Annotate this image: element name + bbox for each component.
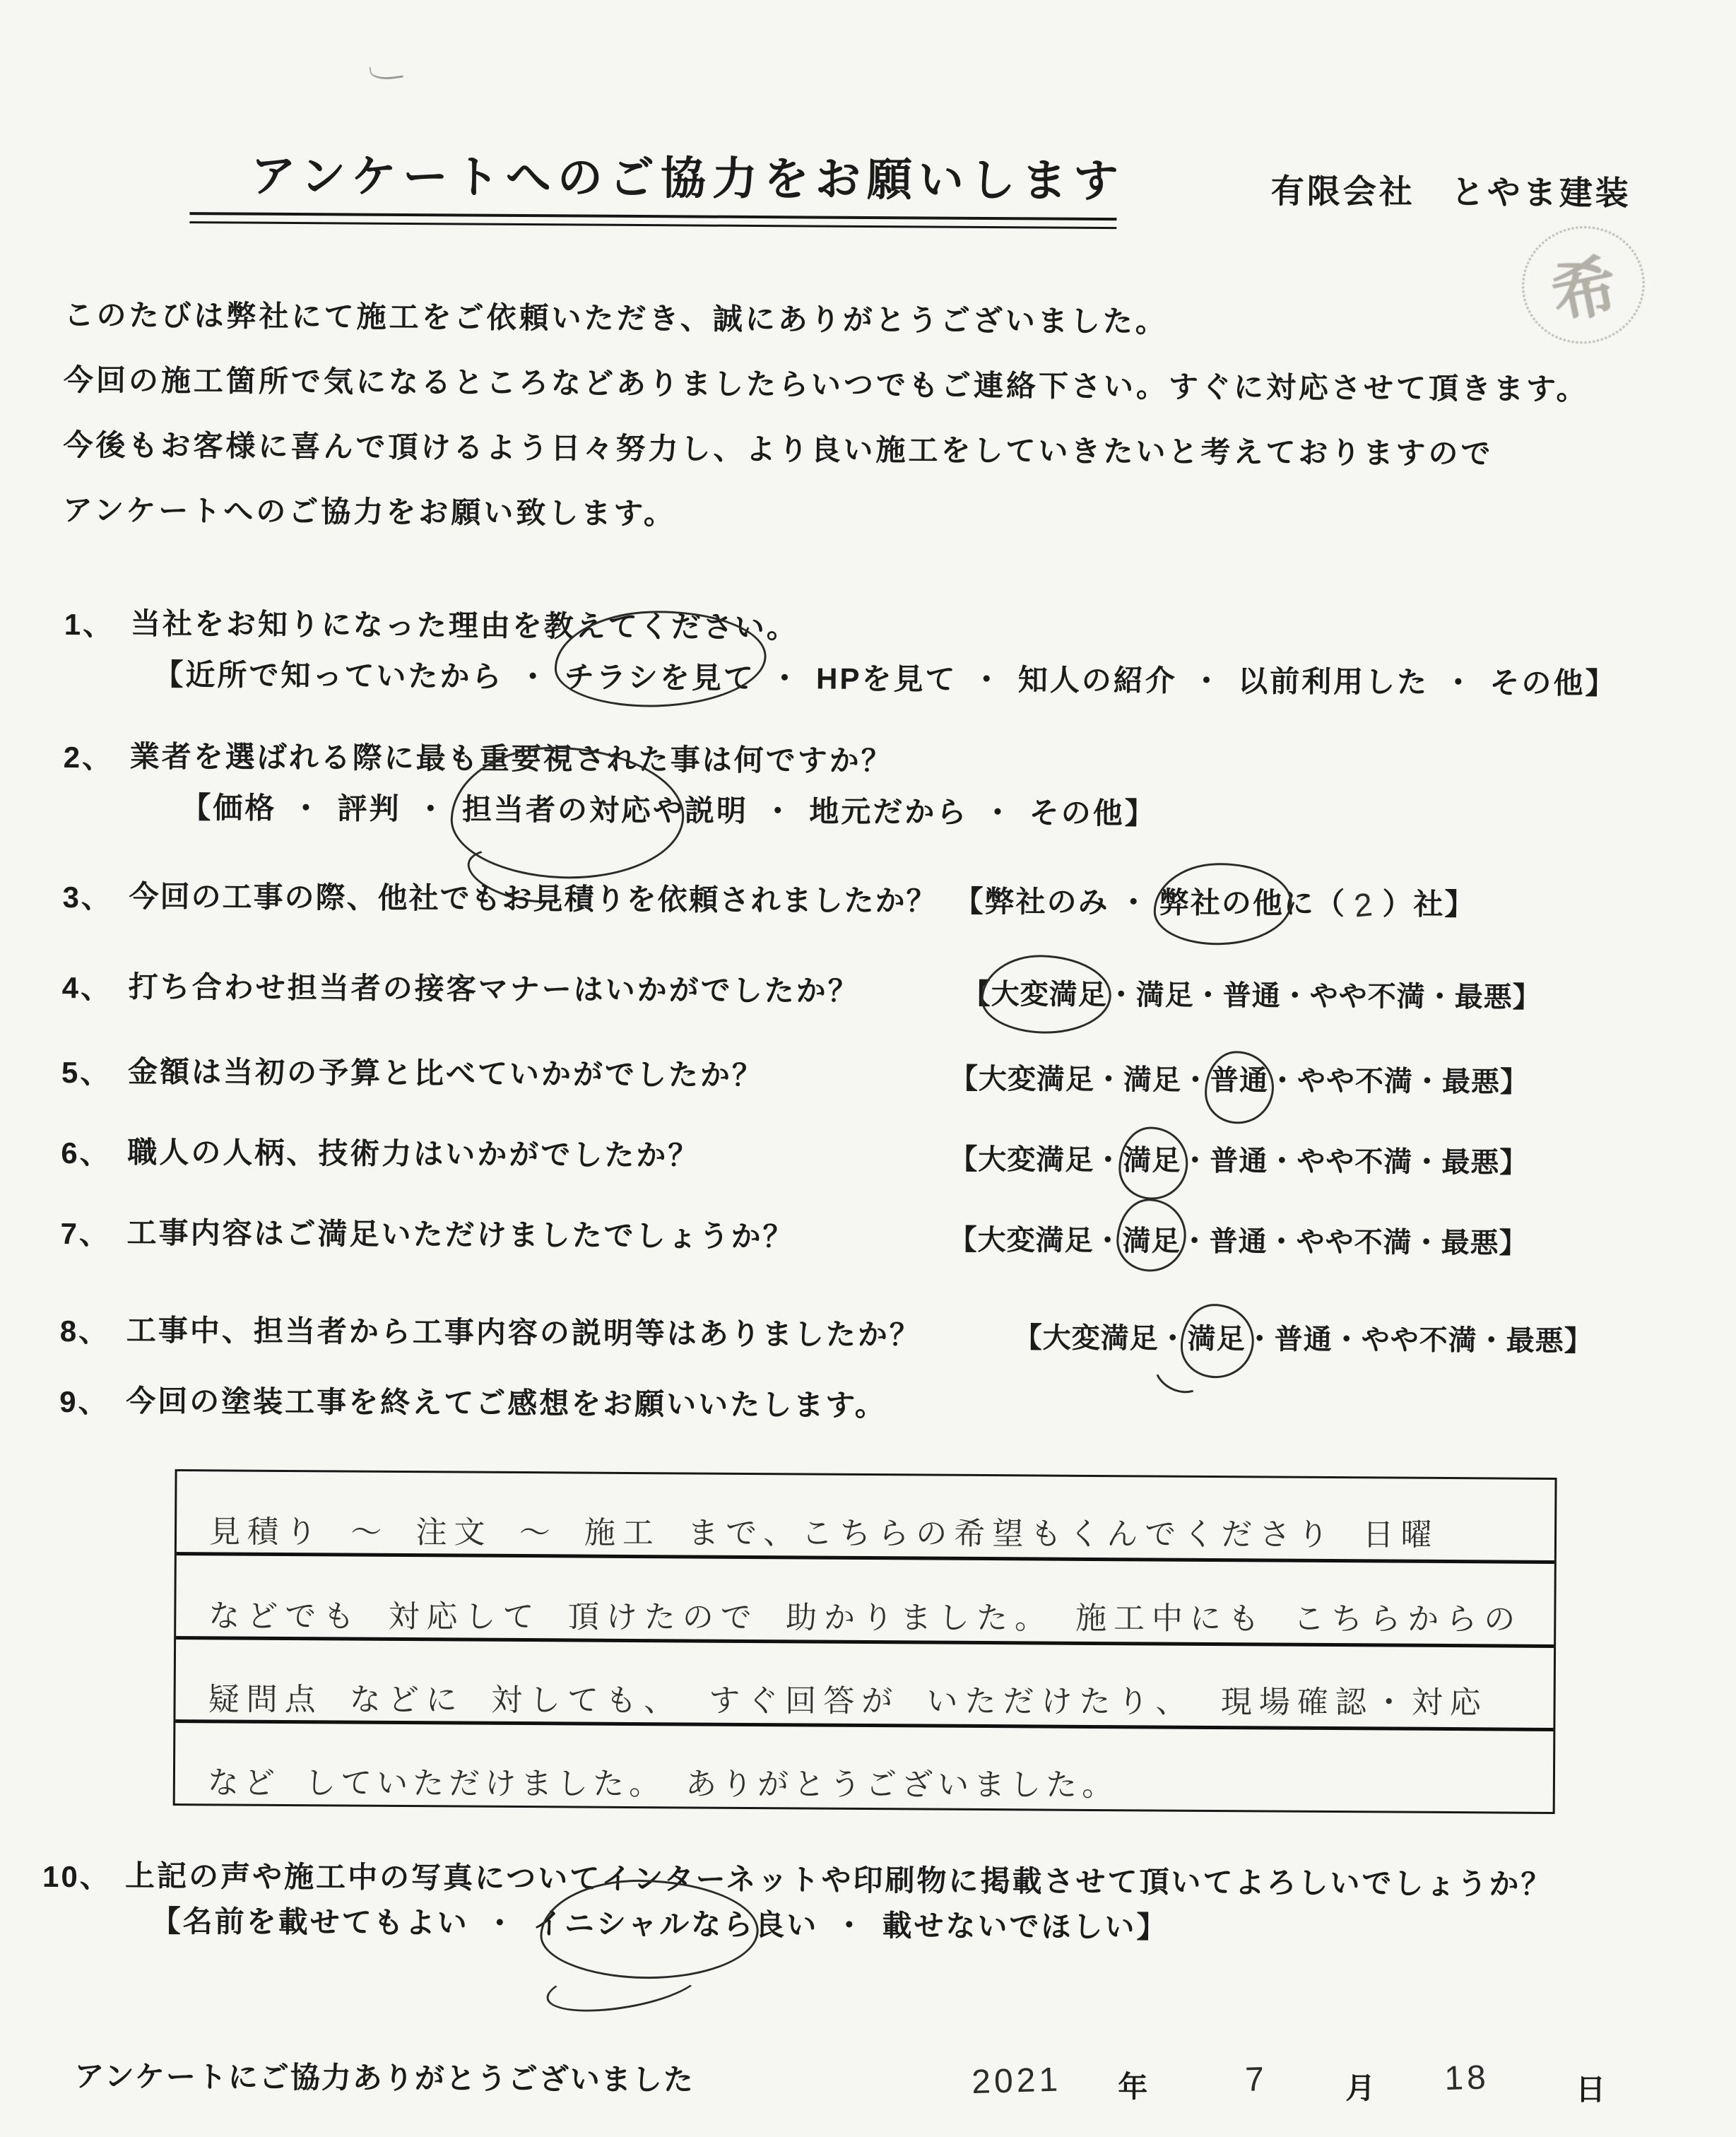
question-5-text: 金額は当初の予算と比べていかがでしたか？ (128, 1049, 764, 1095)
q1-options-post: ・ HPを見て ・ 知人の紹介 ・ 以前利用した ・ その他】 (755, 661, 1617, 700)
q1-options-pre: 【近所で知っていたから ・ (153, 658, 565, 694)
question-6-text: 職人の人柄、技術力はいかがでしたか？ (127, 1129, 699, 1175)
question-7-text: 工事内容はご満足いただけましたでしょうか？ (126, 1210, 794, 1256)
comment-line-2: などでも 対応して 頂けたので 助かりました。 施工中にも こちらからの (208, 1590, 1522, 1639)
answer-circle-q4: 大変満足 (991, 972, 1107, 1013)
question-10-number: 10、 (42, 1854, 112, 1897)
q4-options-pre: 【 (962, 979, 991, 1010)
answer-circle-q6: 満足 (1123, 1138, 1181, 1178)
answer-circle-q8: 満足 (1188, 1317, 1246, 1357)
question-5-number: 5、 (61, 1049, 112, 1092)
q6-options-pre: 【大変満足・ (949, 1144, 1123, 1177)
paper-sheet: アンケートへのご協力をお願いします 有限会社 とやま建装 希 このたびは弊社にて… (0, 0, 1736, 2137)
question-9-number: 9、 (59, 1379, 110, 1421)
q5-options-post: ・やや不満・最悪】 (1268, 1065, 1529, 1097)
answer-circle-q5: 普通 (1210, 1058, 1268, 1098)
question-2-text: 業者を選ばれる際に最も重要視された事は何ですか？ (130, 734, 893, 781)
date-year-label: 年 (1118, 2064, 1150, 2106)
question-9-text: 今回の塗装工事を終えてご感想をお願いいたします。 (126, 1378, 887, 1425)
q8-options-pre: 【大変満足・ (1014, 1322, 1188, 1355)
q7-circled-option: 満足 (1122, 1225, 1180, 1257)
intro-line-2: 今回の施工箇所で気になるところなどありましたらいつでもご連絡下さい。すぐに対応さ… (64, 357, 1589, 408)
comment-row-4: など していただけました。 ありがとうございました。 (175, 1723, 1554, 1812)
company-stamp-seal: 希 (1511, 215, 1655, 355)
comment-line-4: など していただけました。 ありがとうございました。 (208, 1758, 1118, 1805)
q10-options-post: 良い ・ 載せないでほしい】 (755, 1908, 1169, 1944)
question-5-options: 【大変満足・満足・普通・やや不満・最悪】 (950, 1056, 1529, 1100)
q6-options-post: ・普通・やや不満・最悪】 (1181, 1146, 1528, 1179)
q3-handwritten-count: 2 (1344, 884, 1384, 926)
q2-options-post: や説明 ・ 地元だから ・ その他】 (653, 794, 1157, 830)
q3-spacer (937, 885, 968, 918)
date-day-value: 18 (1444, 2058, 1490, 2098)
q7-options-post: ・普通・やや不満・最悪】 (1180, 1226, 1528, 1259)
question-4-number: 4、 (62, 965, 113, 1007)
footer-thanks: アンケートにご協力ありがとうございました (74, 2053, 695, 2099)
q4-circled-option: 大変満足 (991, 979, 1107, 1011)
scanned-survey-page: アンケートへのご協力をお願いします 有限会社 とやま建装 希 このたびは弊社にて… (0, 0, 1736, 2137)
question-1-text: 当社をお知りになった理由を教えてください。 (131, 601, 798, 647)
question-4-text: 打ち合わせ担当者の接客マナーはいかがでしたか？ (129, 964, 860, 1011)
question-2-number: 2、 (64, 734, 114, 777)
date-month-value: 7 (1245, 2060, 1268, 2100)
question-10-options: 【名前を載せてもよい ・ イニシャルなら良い ・ 載せないでほしい】 (151, 1898, 1169, 1947)
intro-line-3: 今後もお客様に喜んで頂けるよう日々努力し、より良い施工をしていきたいと考えており… (63, 422, 1493, 473)
question-4-options: 【大変満足・満足・普通・やや不満・最悪】 (962, 972, 1542, 1015)
answer-circle-q10: ニシャルなら (565, 1900, 755, 1944)
answer-circle-q3: 弊社の他 (1159, 880, 1284, 923)
question-1-number: 1、 (64, 601, 115, 644)
question-8-text: 工事中、担当者から工事内容の説明等はありましたか？ (126, 1307, 921, 1355)
q3-circled-option: 弊社の他 (1159, 886, 1284, 920)
comment-row-3: 疑問点 などに 対しても、 すぐ回答が いただけたり、 現場確認・対応 (175, 1639, 1554, 1732)
comment-row-1: 見積り ～ 注文 ～ 施工 まで、こちらの希望もくんでくださり 日曜 (177, 1471, 1555, 1564)
title-underline (189, 212, 1116, 229)
intro-line-1: このたびは弊社にて施工をご依頼いただき、誠にありがとうございました。 (64, 292, 1168, 341)
intro-line-4: アンケートへのご協力をお願い致します。 (63, 487, 676, 533)
company-name: 有限会社 とやま建装 (1270, 165, 1631, 214)
question-10-text: 上記の声や施工中の写真についてインターネットや印刷物に掲載させて頂いてよろしいで… (125, 1853, 1553, 1904)
question-1-options: 【近所で知っていたから ・ チラシを見て ・ HPを見て ・ 知人の紹介 ・ 以… (153, 652, 1617, 703)
question-3-text: 今回の工事の際、他社でもお見積りを依頼されましたか？ (129, 880, 937, 918)
q3-options-post: ）社】 (1382, 887, 1475, 921)
question-3-number: 3、 (62, 874, 113, 917)
q7-options-pre: 【大変満足・ (948, 1225, 1122, 1257)
question-8-options: 【大変満足・満足・普通・やや不満・最悪】 (1014, 1315, 1593, 1359)
q1-circled-option: チラシを見て (565, 660, 755, 695)
question-7-options: 【大変満足・満足・普通・やや不満・最悪】 (948, 1218, 1528, 1261)
question-3-line: 今回の工事の際、他社でもお見積りを依頼されましたか？ 【弊社のみ ・ 弊社の他に… (129, 873, 1475, 924)
q3-options-mid: に（ (1284, 887, 1346, 921)
page-title: アンケートへのご協力をお願いします (251, 140, 1126, 211)
q2-options-pre: 【価格 ・ 評判 ・ (181, 791, 462, 825)
q10-options-pre: 【名前を載せてもよい ・ イ (151, 1905, 565, 1941)
answer-circle-q2: 担当者の対応 (462, 786, 653, 830)
scan-stray-mark (369, 63, 403, 82)
q6-circled-option: 満足 (1123, 1145, 1181, 1177)
question-6-number: 6、 (61, 1130, 112, 1172)
question-8-number: 8、 (60, 1308, 111, 1350)
q8-circled-option: 満足 (1188, 1324, 1246, 1355)
answer-circle-q7: 満足 (1122, 1218, 1180, 1259)
date-year-value: 2021 (972, 2060, 1062, 2102)
q5-circled-option: 普通 (1210, 1065, 1268, 1097)
q8-options-post: ・普通・やや不満・最悪】 (1246, 1324, 1593, 1357)
q5-options-pre: 【大変満足・満足・ (950, 1064, 1210, 1096)
question-2-options: 【価格 ・ 評判 ・ 担当者の対応や説明 ・ 地元だから ・ その他】 (181, 784, 1157, 832)
q10-circled-option: ニシャルなら (565, 1907, 755, 1941)
comment-box: 見積り ～ 注文 ～ 施工 まで、こちらの希望もくんでくださり 日曜 などでも … (173, 1469, 1557, 1814)
q2-circled-option: 担当者の対応 (462, 792, 653, 827)
comment-row-2: などでも 対応して 頂けたので 助かりました。 施工中にも こちらからの (176, 1555, 1554, 1648)
comment-line-1: 見積り ～ 注文 ～ 施工 まで、こちらの希望もくんでくださり 日曜 (209, 1506, 1439, 1555)
stamp-character: 希 (1542, 232, 1624, 337)
date-month-label: 月 (1345, 2065, 1377, 2107)
comment-line-3: 疑問点 などに 対しても、 すぐ回答が いただけたり、 現場確認・対応 (208, 1674, 1488, 1723)
question-7-number: 7、 (60, 1211, 111, 1253)
question-6-options: 【大変満足・満足・普通・やや不満・最悪】 (949, 1137, 1528, 1181)
q4-options-post: ・満足・普通・やや不満・最悪】 (1107, 979, 1542, 1013)
q3-options-pre: 【弊社のみ ・ (968, 885, 1159, 919)
answer-circle-q1: チラシを見て (565, 654, 755, 697)
date-day-label: 日 (1576, 2066, 1607, 2109)
